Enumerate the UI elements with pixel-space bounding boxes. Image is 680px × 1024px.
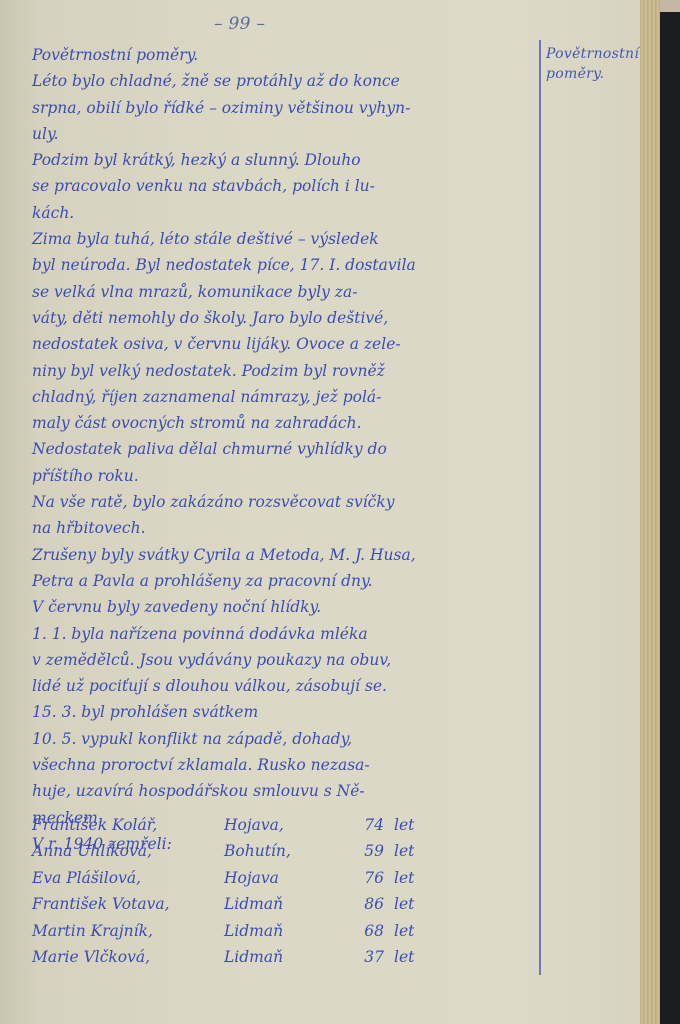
- text-line: 10. 5. vypukl konflikt na západě, dohady…: [32, 726, 537, 752]
- margin-note-line: Povětrnostní: [546, 44, 639, 64]
- text-line: lidé už pociťují s dlouhou válkou, zásob…: [32, 673, 537, 699]
- text-line: Zrušeny byly svátky Cyrila a Metoda, M. …: [32, 542, 537, 568]
- death-age: 68: [354, 918, 384, 944]
- text-line: 15. 3. byl prohlášen svátkem: [32, 699, 537, 725]
- text-line: všechna proroctví zklamala. Rusko nezasa…: [32, 752, 537, 778]
- death-age: 86: [354, 891, 384, 917]
- text-line: V červnu byly zavedeny noční hlídky.: [32, 594, 537, 620]
- text-line: huje, uzavírá hospodářskou smlouvu s Ně-: [32, 778, 537, 804]
- death-age: 74: [354, 812, 384, 838]
- death-place: Bohutín,: [224, 838, 354, 864]
- text-line: kách.: [32, 200, 537, 226]
- text-line: Léto bylo chladné, žně se protáhly až do…: [32, 68, 537, 94]
- death-entry: Eva Plášilová, Hojava 76 let: [32, 865, 452, 891]
- death-age-unit: let: [394, 944, 414, 970]
- death-name: Marie Vlčková,: [32, 944, 224, 970]
- text-line: niny byl velký nedostatek. Podzim byl ro…: [32, 358, 537, 384]
- death-place: Lidmaň: [224, 944, 354, 970]
- death-age-unit: let: [394, 812, 414, 838]
- text-line: nedostatek osiva, v červnu lijáky. Ovoce…: [32, 331, 537, 357]
- death-entry: Martin Krajník, Lidmaň 68 let: [32, 918, 452, 944]
- text-line: na hřbitovech.: [32, 515, 537, 541]
- death-place: Lidmaň: [224, 918, 354, 944]
- text-line: se velká vlna mrazů, komunikace byly za-: [32, 279, 537, 305]
- death-place: Hojava,: [224, 812, 354, 838]
- text-line: uly.: [32, 121, 537, 147]
- text-line: Petra a Pavla a prohlášeny za pracovní d…: [32, 568, 537, 594]
- text-line: Nedostatek paliva dělal chmurné vyhlídky…: [32, 436, 537, 462]
- section-heading: Povětrnostní poměry.: [32, 42, 537, 68]
- death-place: Lidmaň: [224, 891, 354, 917]
- death-age-unit: let: [394, 891, 414, 917]
- text-line: maly část ovocných stromů na zahradách.: [32, 410, 537, 436]
- death-age-unit: let: [394, 918, 414, 944]
- text-line: Zima byla tuhá, léto stále deštivé – výs…: [32, 226, 537, 252]
- margin-rule: [539, 40, 541, 975]
- death-name: František Votava,: [32, 891, 224, 917]
- margin-note-line: poměry.: [546, 64, 639, 84]
- death-place: Hojava: [224, 865, 354, 891]
- death-entry: Anna Uhlíková, Bohutín, 59 let: [32, 838, 452, 864]
- death-age-unit: let: [394, 838, 414, 864]
- death-entry: František Votava, Lidmaň 86 let: [32, 891, 452, 917]
- death-age: 59: [354, 838, 384, 864]
- death-age-unit: let: [394, 865, 414, 891]
- chronicle-text: Povětrnostní poměry. Léto bylo chladné, …: [32, 42, 537, 857]
- text-line: v zemědělců. Jsou vydávány poukazy na ob…: [32, 647, 537, 673]
- text-line: srpna, obilí bylo řídké – oziminy většin…: [32, 95, 537, 121]
- death-age: 76: [354, 865, 384, 891]
- text-line: 1. 1. byla nařízena povinná dodávka mlék…: [32, 621, 537, 647]
- deaths-list: František Kolář, Hojava, 74 let Anna Uhl…: [32, 812, 452, 970]
- text-line: příštího roku.: [32, 463, 537, 489]
- death-entry: František Kolář, Hojava, 74 let: [32, 812, 452, 838]
- text-line: váty, děti nemohly do školy. Jaro bylo d…: [32, 305, 537, 331]
- text-line: Podzim byl krátký, hezký a slunný. Dlouh…: [32, 147, 537, 173]
- death-name: František Kolář,: [32, 812, 224, 838]
- page-number: – 99 –: [214, 14, 265, 34]
- margin-note: Povětrnostní poměry.: [546, 44, 639, 84]
- death-age: 37: [354, 944, 384, 970]
- text-line: se pracovalo venku na stavbách, polích i…: [32, 173, 537, 199]
- death-name: Anna Uhlíková,: [32, 838, 224, 864]
- book-cover: [660, 12, 680, 1024]
- death-entry: Marie Vlčková, Lidmaň 37 let: [32, 944, 452, 970]
- text-line: byl neúroda. Byl nedostatek píce, 17. I.…: [32, 252, 537, 278]
- death-name: Eva Plášilová,: [32, 865, 224, 891]
- death-name: Martin Krajník,: [32, 918, 224, 944]
- text-line: chladný, říjen zaznamenal námrazy, jež p…: [32, 384, 537, 410]
- text-line: Na vše ratě, bylo zakázáno rozsvěcovat s…: [32, 489, 537, 515]
